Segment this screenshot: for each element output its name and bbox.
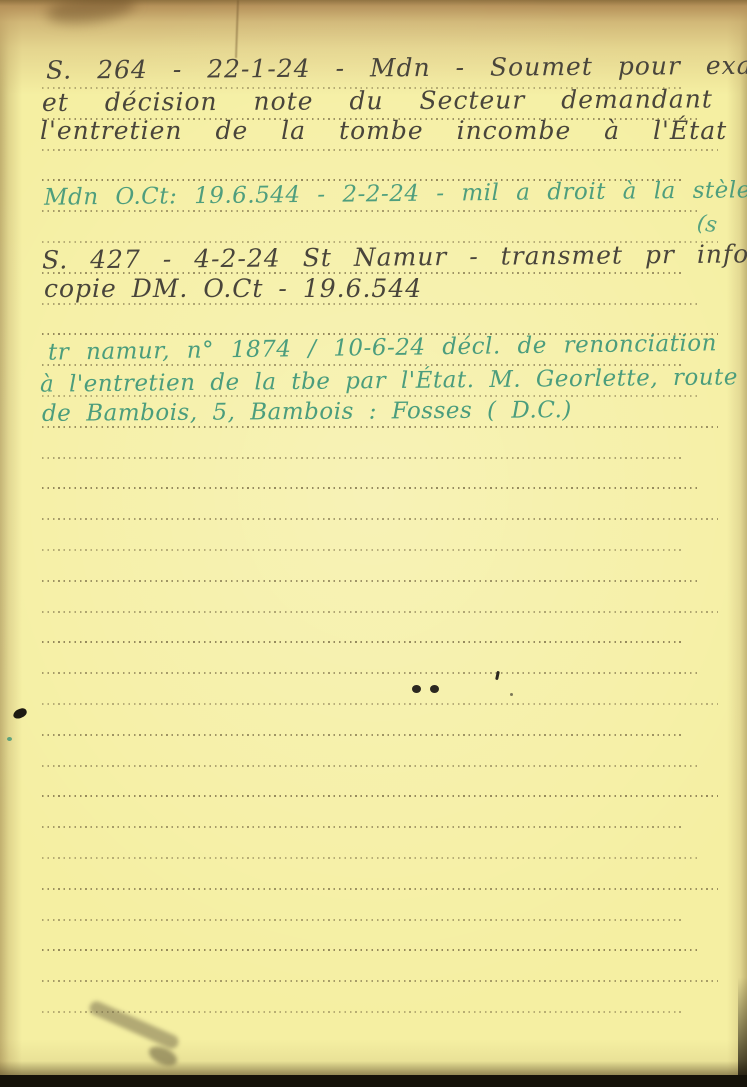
ruled-dotted-line xyxy=(42,210,700,212)
handwritten-line: Mdn O.Ct: 19.6.544 - 2-2-24 - mil a droi… xyxy=(44,177,747,210)
paper-aging-shading xyxy=(0,0,747,1087)
handwritten-line: S. 264 - 22-1-24 - Mdn - Soumet pour exa… xyxy=(46,50,747,84)
vertical-scratch xyxy=(235,0,239,58)
handwritten-line: tr namur, n° 1874 / 10-6-24 décl. de ren… xyxy=(48,330,717,365)
right-edge-shadow xyxy=(738,977,747,1087)
margin-note: (s xyxy=(695,211,718,239)
ruled-dotted-line xyxy=(42,1011,682,1013)
handwritten-line: à l'entretien de la tbe par l'État. M. G… xyxy=(40,364,738,397)
ruled-dotted-line xyxy=(42,919,682,921)
green-ink-speck xyxy=(7,737,12,741)
handwritten-line: l'entretien de la tombe incombe à l'État xyxy=(40,116,727,145)
ruled-dotted-line xyxy=(42,611,718,613)
ruled-dotted-line xyxy=(42,518,718,520)
handwritten-line: et décision note du Secteur demandant si xyxy=(42,84,747,117)
ink-speck xyxy=(510,693,513,696)
ruled-dotted-line xyxy=(42,549,682,551)
handwritten-line: S. 427 - 4-2-24 St Namur - transmet pr i… xyxy=(42,238,747,274)
ruled-dotted-line xyxy=(42,765,700,767)
ruled-dotted-line xyxy=(42,580,700,582)
handwritten-line: de Bambois, 5, Bambois : Fosses ( D.C.) xyxy=(42,397,572,427)
handwritten-line: copie DM. O.Ct - 19.6.544 xyxy=(44,274,422,303)
pencil-smudge xyxy=(87,999,180,1051)
ruled-dotted-line xyxy=(42,457,682,459)
bottom-page-edge-shadow xyxy=(0,1061,747,1075)
ink-dot xyxy=(430,685,439,693)
ruled-dotted-line xyxy=(42,888,718,890)
ruled-dotted-line xyxy=(42,672,700,674)
ruled-dotted-line xyxy=(42,641,682,643)
ruled-dotted-line xyxy=(42,149,718,151)
ruled-dotted-line xyxy=(42,949,700,951)
ruled-dotted-line xyxy=(42,487,700,489)
ink-dot xyxy=(412,685,421,693)
top-edge-stain xyxy=(44,0,137,28)
ruled-dotted-line xyxy=(42,826,682,828)
ruled-dotted-line xyxy=(42,980,718,982)
ruled-dotted-line xyxy=(42,857,700,859)
ink-blot-left-margin xyxy=(12,707,28,720)
scan-bottom-black-edge xyxy=(0,1075,747,1087)
register-page: S. 264 - 22-1-24 - Mdn - Soumet pour exa… xyxy=(0,0,747,1087)
ink-tick xyxy=(495,671,500,680)
ruled-dotted-line xyxy=(42,795,718,797)
ruled-dotted-line xyxy=(42,734,682,736)
ruled-dotted-line xyxy=(42,703,718,705)
